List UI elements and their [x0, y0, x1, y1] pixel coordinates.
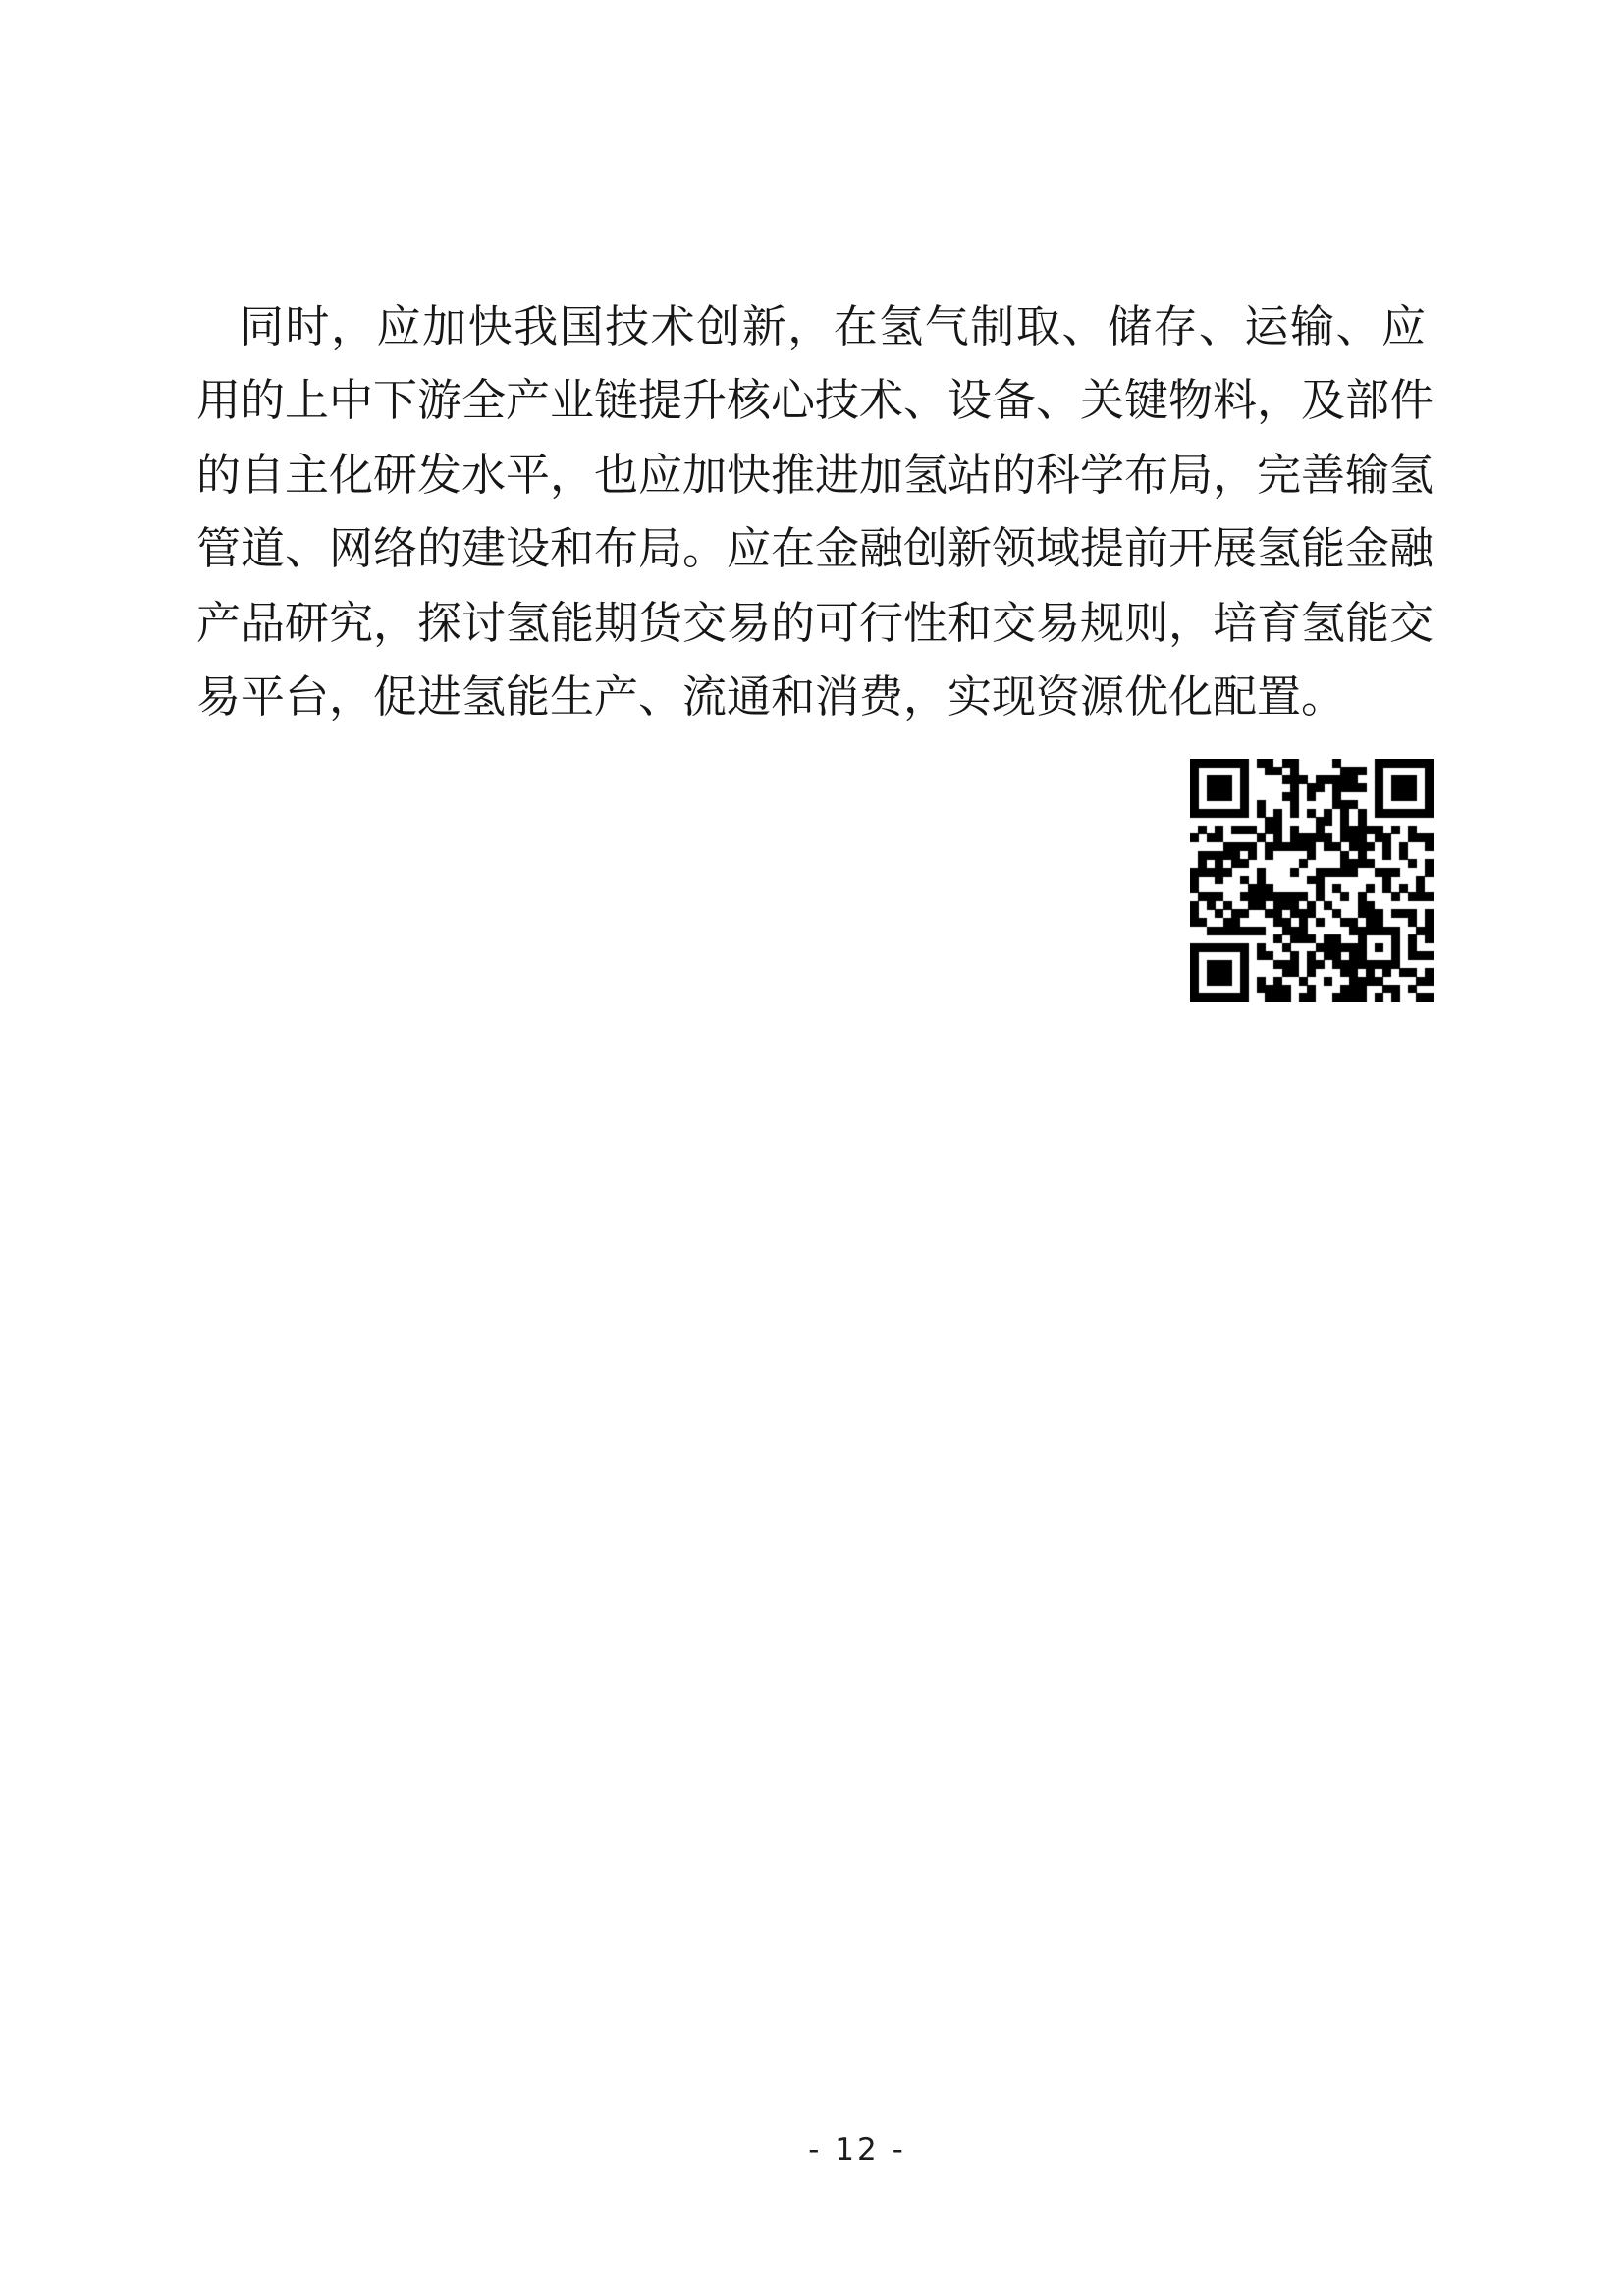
qr-code-image [1190, 759, 1434, 1002]
paragraph-line: 的自主化研发水平，也应加快推进加氢站的科学布局，完善输氢 [196, 438, 1426, 511]
page-number: - 12 - [808, 2132, 906, 2167]
paragraph-line: 易平台，促进氢能生产、流通和消费，实现资源优化配置。 [196, 660, 1426, 733]
paragraph-line: 产品研究，探讨氢能期货交易的可行性和交易规则，培育氢能交 [196, 586, 1426, 660]
paragraph-line: 用的上中下游全产业链提升核心技术、设备、关键物料，及部件 [196, 363, 1426, 437]
document-page: 同时，应加快我国技术创新，在氢气制取、储存、运输、应 用的上中下游全产业链提升核… [0, 0, 1624, 2296]
paragraph-line: 管道、网络的建设和布局。应在金融创新领域提前开展氢能金融 [196, 511, 1426, 585]
paragraph-line: 同时，应加快我国技术创新，在氢气制取、储存、运输、应 [196, 290, 1426, 363]
body-paragraph: 同时，应加快我国技术创新，在氢气制取、储存、运输、应 用的上中下游全产业链提升核… [196, 290, 1426, 733]
